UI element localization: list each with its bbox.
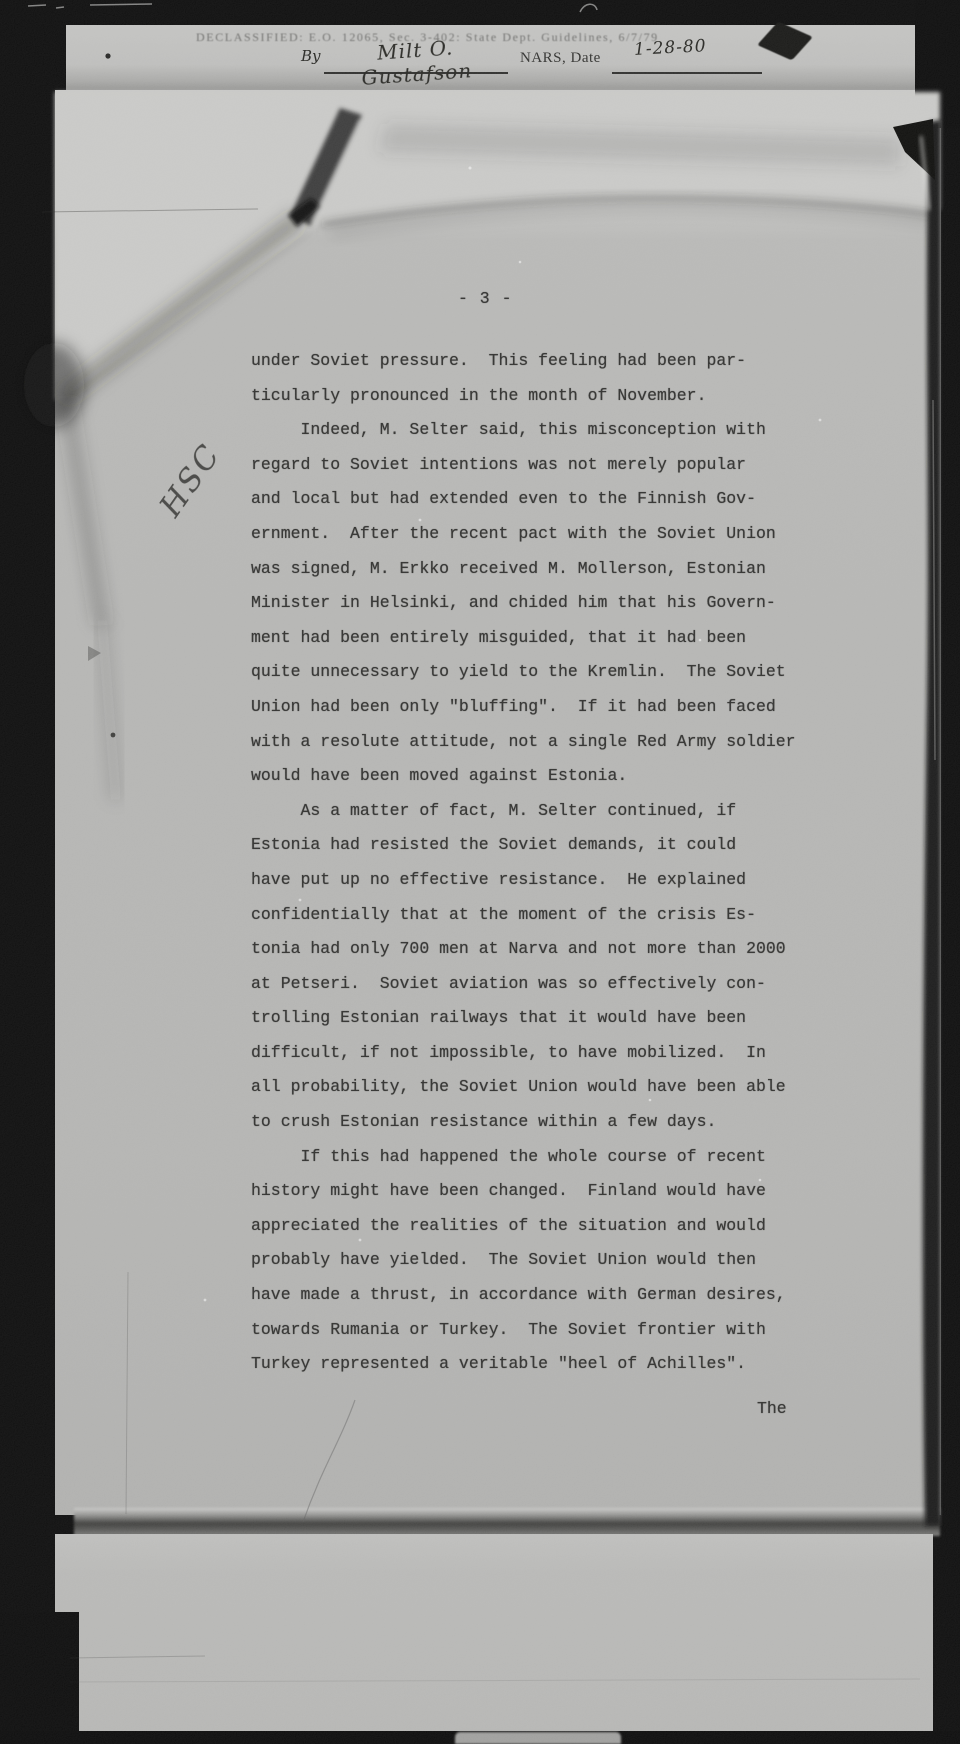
review-date: 1-28-80 xyxy=(634,36,708,60)
top-right-black-corner xyxy=(915,0,960,128)
by-label: By xyxy=(301,47,321,65)
backing-page xyxy=(55,1534,933,1731)
document-body-text: under Soviet pressure. This feeling had … xyxy=(251,344,851,1382)
page-bottom-edge-shadow xyxy=(74,1508,940,1536)
document-scan: DECLASSIFIED: E.O. 12065, Sec. 3-402: St… xyxy=(0,0,960,1744)
page-number: - 3 - xyxy=(458,289,513,308)
reviewer-signature-line: Milt O. Gustafson xyxy=(324,38,508,74)
bottom-edge-paper-blob xyxy=(455,1732,621,1744)
agency-date-label: NARS, Date xyxy=(520,50,601,67)
top-strip-marks xyxy=(28,4,597,12)
review-date-line: 1-28-80 xyxy=(612,38,762,74)
bottom-left-black-margin xyxy=(0,1612,79,1744)
catchword: The xyxy=(757,1399,787,1418)
